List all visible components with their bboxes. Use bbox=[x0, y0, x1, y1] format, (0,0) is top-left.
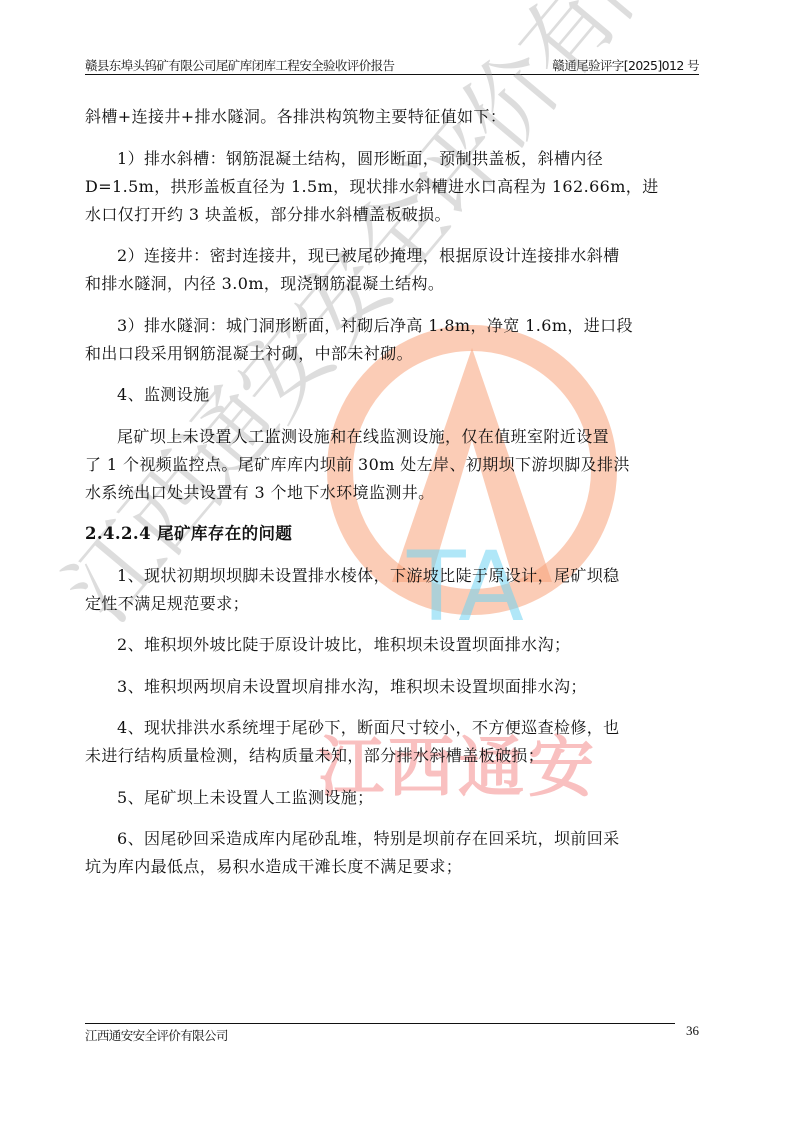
page-header: 赣县东埠头钨矿有限公司尾矿库闭库工程安全验收评价报告 赣通尾验评字[2025]0… bbox=[85, 54, 699, 75]
connection-well-paragraph: 2）连接井：密封连接井，现已被尾砂掩埋，根据原设计连接排水斜槽 和排水隧洞，内径… bbox=[85, 242, 699, 298]
text-line: 水系统出口处共设置有 3 个地下水环境监测井。 bbox=[85, 479, 699, 507]
problem-item: 2、堆积坝外坡比陡于原设计坡比，堆积坝未设置坝面排水沟； bbox=[85, 631, 699, 659]
text-line: 2、堆积坝外坡比陡于原设计坡比，堆积坝未设置坝面排水沟； bbox=[85, 631, 699, 659]
text-line: 水口仅打开约 3 块盖板，部分排水斜槽盖板破损。 bbox=[85, 201, 699, 229]
problem-item: 3、堆积坝两坝肩未设置坝肩排水沟，堆积坝未设置坝面排水沟； bbox=[85, 673, 699, 701]
intro-paragraph: 斜槽+连接井+排水隧洞。各排洪构筑物主要特征值如下： bbox=[85, 103, 699, 131]
document-page: TA 江西通安安全评价有限公司 江西通安 赣县东埠头钨矿有限公司尾矿库闭库工程安… bbox=[0, 0, 793, 1122]
footer-company-name: 江西通安安全评价有限公司 bbox=[85, 1026, 228, 1044]
drainage-chute-paragraph: 1）排水斜槽：钢筋混凝土结构，圆形断面，预制拱盖板，斜槽内径 D=1.5m，拱形… bbox=[85, 145, 699, 229]
page-number: 36 bbox=[686, 1023, 699, 1039]
text-line: 坑为库内最低点，易积水造成干滩长度不满足要求； bbox=[85, 853, 699, 881]
text-line: 3、堆积坝两坝肩未设置坝肩排水沟，堆积坝未设置坝面排水沟； bbox=[85, 673, 699, 701]
text-line: 了 1 个视频监控点。尾矿库库内坝前 30m 处左岸、初期坝下游坝脚及排洪 bbox=[85, 451, 699, 479]
text-line: 6、因尾砂回采造成库内尾砂乱堆，特别是坝前存在回采坑，坝前回采 bbox=[85, 825, 699, 853]
page-footer: 江西通安安全评价有限公司 36 bbox=[85, 1023, 699, 1045]
problem-item: 1、现状初期坝坝脚未设置排水棱体，下游坡比陡于原设计，尾矿坝稳 定性不满足规范要… bbox=[85, 562, 699, 618]
monitoring-subheading: 4、监测设施 bbox=[85, 381, 699, 409]
text-line: 4、现状排洪水系统埋于尾砂下，断面尺寸较小，不方便巡查检修，也 bbox=[85, 714, 699, 742]
report-title: 赣县东埠头钨矿有限公司尾矿库闭库工程安全验收评价报告 bbox=[85, 56, 394, 74]
problem-item: 6、因尾砂回采造成库内尾砂乱堆，特别是坝前存在回采坑，坝前回采 坑为库内最低点，… bbox=[85, 825, 699, 881]
text-line: 1）排水斜槽：钢筋混凝土结构，圆形断面，预制拱盖板，斜槽内径 bbox=[85, 145, 699, 173]
monitoring-paragraph: 尾矿坝上未设置人工监测设施和在线监测设施，仅在值班室附近设置 了 1 个视频监控… bbox=[85, 423, 699, 507]
problem-item: 4、现状排洪水系统埋于尾砂下，断面尺寸较小，不方便巡查检修，也 未进行结构质量检… bbox=[85, 714, 699, 770]
text-line: 5、尾矿坝上未设置人工监测设施； bbox=[85, 784, 699, 812]
section-heading: 2.4.2.4 尾矿库存在的问题 bbox=[85, 520, 699, 548]
footer-divider bbox=[85, 1023, 675, 1024]
text-line: 定性不满足规范要求； bbox=[85, 590, 699, 618]
text-line: 和出口段采用钢筋混凝土衬砌，中部未衬砌。 bbox=[85, 340, 699, 368]
document-number: 赣通尾验评字[2025]012 号 bbox=[552, 56, 699, 74]
text-line: 3）排水隧洞：城门洞形断面，衬砌后净高 1.8m，净宽 1.6m，进口段 bbox=[85, 312, 699, 340]
text-line: 和排水隧洞，内径 3.0m，现浇钢筋混凝土结构。 bbox=[85, 270, 699, 298]
text-line: 未进行结构质量检测，结构质量未知，部分排水斜槽盖板破损； bbox=[85, 742, 699, 770]
page-content: 斜槽+连接井+排水隧洞。各排洪构筑物主要特征值如下： 1）排水斜槽：钢筋混凝土结… bbox=[85, 103, 699, 895]
text-line: D=1.5m，拱形盖板直径为 1.5m，现状排水斜槽进水口高程为 162.66m… bbox=[85, 173, 699, 201]
drainage-tunnel-paragraph: 3）排水隧洞：城门洞形断面，衬砌后净高 1.8m，净宽 1.6m，进口段 和出口… bbox=[85, 312, 699, 368]
text-line: 1、现状初期坝坝脚未设置排水棱体，下游坡比陡于原设计，尾矿坝稳 bbox=[85, 562, 699, 590]
text-line: 尾矿坝上未设置人工监测设施和在线监测设施，仅在值班室附近设置 bbox=[85, 423, 699, 451]
problem-item: 5、尾矿坝上未设置人工监测设施； bbox=[85, 784, 699, 812]
text-line: 2）连接井：密封连接井，现已被尾砂掩埋，根据原设计连接排水斜槽 bbox=[85, 242, 699, 270]
